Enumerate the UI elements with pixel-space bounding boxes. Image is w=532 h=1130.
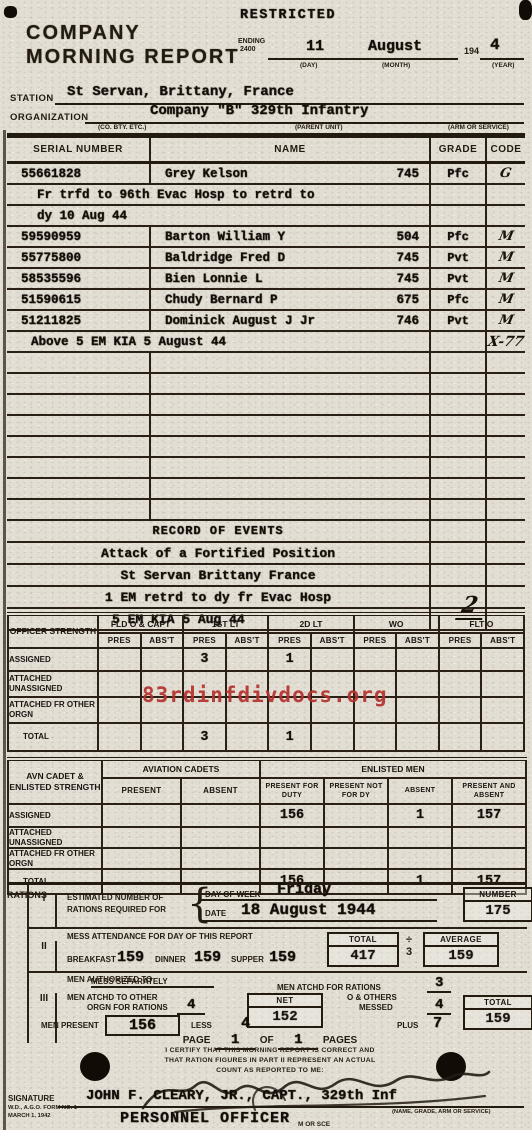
date-underline [201, 905, 437, 922]
station-label: STATION [10, 93, 54, 104]
rations-section-2: II MESS ATTENDANCE FOR DAY OF THIS REPOR… [27, 927, 527, 973]
grade-value: Pfc [447, 230, 469, 244]
roster-kia-row: Above 5 EM KIA 5 August 44 X-77 [7, 332, 525, 353]
number-label: NUMBER [465, 889, 531, 902]
soldier-name: Dominick August J Jr [165, 314, 315, 328]
soldier-name: Bien Lonnie L [165, 272, 263, 286]
signature-label: SIGNATURE [8, 1094, 55, 1103]
report-footer: PAGE 1 OF 1 PAGES I CERTIFY THAT THIS MO… [0, 1028, 532, 1130]
rations-section-1: I ESTIMATED NUMBER OF RATIONS REQUIRED F… [27, 885, 527, 927]
year-sublabel: (YEAR) [492, 62, 514, 69]
abst-subheader: ABS'T [141, 633, 184, 648]
station-value: St Servan, Brittany, France [67, 84, 294, 100]
grade-value: Pvt [447, 314, 469, 328]
roster-row: 51590615 Chudy Bernard P675 Pfc M [7, 290, 525, 311]
handwritten-code: M [497, 313, 515, 328]
handwritten-code: G [499, 166, 513, 181]
others-messed-label-2: MESSED [359, 1003, 393, 1012]
grade-value: Pvt [447, 251, 469, 265]
col-group-1st-lt: 1ST LT [183, 614, 268, 633]
roster-row: 59590959 Barton William Y504 Pfc M [7, 227, 525, 248]
cadet-present-header: PRESENT [102, 778, 181, 804]
dinner-label: DINNER [155, 955, 186, 964]
personnel-roster-table: SERIAL NUMBER NAME GRADE CODE 55661828 G… [7, 133, 525, 631]
handwritten-code: M [497, 229, 515, 244]
handwritten-code: M [497, 292, 515, 307]
rations-section: RATIONS I ESTIMATED NUMBER OF RATIONS RE… [7, 882, 525, 1041]
em-present-and-absent-header: PRESENT AND ABSENT [452, 778, 526, 804]
code-header: CODE [485, 138, 525, 161]
section-numeral-ii: II [33, 941, 57, 973]
soldier-name: Barton William Y [165, 230, 285, 244]
form-title-line1: COMPANY [26, 22, 141, 45]
section-numeral-i: I [33, 893, 57, 927]
enlisted-attached-other-row: ATTACHED FR OTHER ORGN [8, 848, 526, 869]
abst-subheader: ABS'T [396, 633, 439, 648]
event-row: St Servan Brittany France [7, 565, 525, 587]
mos-number: 745 [396, 167, 419, 181]
soldier-name: Chudy Bernard P [165, 293, 278, 307]
report-year: 4 [490, 36, 500, 54]
average-box: AVERAGE 159 [423, 932, 499, 967]
average-label: AVERAGE [425, 934, 497, 947]
handwritten-code: X-77 [486, 334, 525, 350]
roster-row: 51211825 Dominick August J Jr746 Pvt M [7, 311, 525, 332]
scan-artifact [519, 0, 532, 20]
roster-row: 55661828 Grey Kelson745 Pfc G [7, 164, 525, 185]
enlisted-attached-unassigned-row: ATTACHED UNASSIGNED [8, 827, 526, 848]
roster-empty-row [7, 458, 525, 479]
others-messed-value: 4 [427, 997, 451, 1015]
col-group-wo: WO [354, 614, 439, 633]
org-sublabel-3: (ARM OR SERVICE) [448, 124, 509, 131]
rations-total-box: TOTAL 159 [463, 995, 532, 1030]
mess-total-label: TOTAL [329, 934, 397, 947]
morning-report-scan: RESTRICTED COMPANY MORNING REPORT ENDING… [0, 0, 532, 1130]
net-value: 152 [249, 1008, 321, 1026]
supper-value: 159 [269, 949, 296, 966]
grade-value: Pvt [447, 272, 469, 286]
organization-label: ORGANIZATION [10, 112, 89, 123]
em-absent-header: ABSENT [388, 778, 452, 804]
record-of-events-header-row: RECORD OF EVENTS [7, 521, 525, 543]
men-atchd-rations-value: 3 [427, 975, 451, 993]
rations-vertical-label: RATIONS [7, 885, 27, 1041]
pres-subheader: PRES [439, 633, 482, 648]
officer-assigned-row: ASSIGNED 3 1 [8, 648, 524, 671]
em-present-not-for-dy-header: PRESENT NOT FOR DY [324, 778, 388, 804]
signer-title: PERSONNEL OFFICER [120, 1110, 290, 1127]
pres-subheader: PRES [268, 633, 311, 648]
ending-2400-label: 2400 [240, 46, 256, 53]
col-group-2d-lt: 2D LT [268, 614, 353, 633]
scan-edge-line [3, 130, 6, 1130]
enlisted-men-group: ENLISTED MEN [260, 759, 526, 778]
rations-total-value: 159 [465, 1010, 531, 1028]
average-value: 159 [425, 947, 497, 965]
roster-row: 58535596 Bien Lonnie L745 Pvt M [7, 269, 525, 290]
mess-total-value: 417 [329, 947, 397, 965]
event-row: 1 EM retrd to dy fr Evac Hosp [7, 587, 525, 609]
pres-subheader: PRES [183, 633, 226, 648]
day-sublabel: (DAY) [300, 62, 317, 69]
mess-total-box: TOTAL 417 [327, 932, 399, 967]
mos-number: 746 [396, 314, 419, 328]
signature-line: JOHN F. CLEARY, JR., CAPT., 329th Inf [58, 1084, 524, 1108]
abst-subheader: ABS'T [226, 633, 269, 648]
officer-strength-table: OFFICER STRENGTH FLD O & CAPT 1ST LT 2D … [7, 612, 525, 752]
net-box: NET 152 [247, 993, 323, 1028]
name-header: NAME [149, 138, 429, 161]
mos-number: 745 [396, 251, 419, 265]
roster-row: 55775800 Baldridge Fred D745 Pvt M [7, 248, 525, 269]
grade-header: GRADE [429, 138, 485, 161]
rations-total-label: TOTAL [465, 997, 531, 1010]
number-value: 175 [465, 902, 531, 920]
organization-field-line: Company "B" 329th Infantry [85, 101, 524, 124]
handwritten-code: M [497, 250, 515, 265]
grade-value: Pfc [447, 167, 469, 181]
roster-note-row: dy 10 Aug 44 [7, 206, 525, 227]
abst-subheader: ABS'T [481, 633, 524, 648]
grade-value: Pfc [447, 293, 469, 307]
col-group-flt-o: FLT O [439, 614, 524, 633]
roster-note-row: Fr trfd to 96th Evac Hosp to retrd to [7, 185, 525, 206]
cadet-absent-header: ABSENT [181, 778, 260, 804]
form-print: W.D., A.G.O. FORM NO. 1 MARCH 1, 1942 [8, 1104, 77, 1120]
signer-name: JOHN F. CLEARY, JR., CAPT., 329th Inf [86, 1088, 397, 1104]
breakfast-value: 159 [117, 949, 144, 966]
org-sublabel-1: (CO. BTY. ETC.) [98, 124, 146, 131]
enlisted-assigned-row: ASSIGNED 156 1 157 [8, 804, 526, 827]
roster-header-row: SERIAL NUMBER NAME GRADE CODE [7, 136, 525, 164]
pres-subheader: PRES [354, 633, 397, 648]
scan-artifact [4, 6, 17, 18]
mos-number: 675 [396, 293, 419, 307]
supper-label: SUPPER [231, 955, 264, 964]
signature-sublabel: (NAME, GRADE, ARM OR SERVICE) [392, 1108, 491, 1116]
soldier-name: Grey Kelson [165, 167, 248, 181]
mos-number: 504 [396, 230, 419, 244]
soldier-name: Baldridge Fred D [165, 251, 285, 265]
enlisted-strength-corner: AVN CADET & ENLISTED STRENGTH [8, 759, 102, 804]
report-month: August [368, 38, 422, 55]
others-messed-label-1: O & OTHERS [347, 993, 397, 1002]
roster-empty-row [7, 500, 525, 521]
organization-value: Company "B" 329th Infantry [150, 103, 368, 119]
handwritten-code: M [497, 271, 515, 286]
breakfast-label: BREAKFAST [67, 955, 116, 964]
report-day: 11 [306, 38, 324, 55]
mos-number: 745 [396, 272, 419, 286]
roster-empty-row [7, 416, 525, 437]
roster-empty-row [7, 395, 525, 416]
col-group-fldo-capt: FLD O & CAPT [98, 614, 183, 633]
atchd-other-orgn-label-1: MEN ATCHD TO OTHER [67, 993, 158, 1002]
atchd-other-orgn-value: 4 [177, 997, 205, 1015]
restricted-stamp: RESTRICTED [240, 8, 336, 23]
punch-hole-left [80, 1052, 110, 1081]
form-title-line2: MORNING REPORT [26, 46, 240, 69]
date-field-line: 11 August [268, 36, 458, 60]
net-label: NET [249, 995, 321, 1008]
roster-empty-row [7, 353, 525, 374]
rations-req-label-2: RATIONS REQUIRED FOR [67, 905, 166, 914]
month-sublabel: (MONTH) [382, 62, 410, 69]
event-row: Attack of a Fortified Position [7, 543, 525, 565]
pres-subheader: PRES [98, 633, 141, 648]
org-sublabel-2: (PARENT UNIT) [295, 124, 343, 131]
aviation-cadets-group: AVIATION CADETS [102, 759, 260, 778]
officer-strength-corner: OFFICER STRENGTH [8, 614, 98, 648]
dow-underline [201, 887, 437, 901]
atchd-other-orgn-label-2: ORGN FOR RATIONS [87, 1003, 168, 1012]
roster-empty-row [7, 437, 525, 458]
abst-subheader: ABS'T [311, 633, 354, 648]
roster-empty-row [7, 374, 525, 395]
rations-req-label-1: ESTIMATED NUMBER OF [67, 893, 163, 902]
record-of-events-title: RECORD OF EVENTS [7, 524, 429, 538]
men-atchd-rations-label: MEN ATCHD FOR RATIONS [277, 983, 381, 992]
year-printed: 194 [464, 46, 479, 56]
enlisted-strength-table: AVN CADET & ENLISTED STRENGTH AVIATION C… [7, 757, 527, 895]
website-watermark: 83rdinfdivdocs.org [142, 683, 388, 707]
em-present-for-duty-header: PRESENT FOR DUTY [260, 778, 324, 804]
number-box: NUMBER 175 [463, 887, 532, 922]
roster-empty-row [7, 479, 525, 500]
officer-total-row: TOTAL 3 1 [8, 723, 524, 751]
mess-attendance-title: MESS ATTENDANCE FOR DAY OF THIS REPORT [67, 932, 253, 941]
stamp-fragment: M OR SCE [298, 1120, 330, 1129]
ending-label: ENDING [238, 38, 265, 45]
dinner-value: 159 [194, 949, 221, 966]
divide-by-three: ÷ 3 [403, 935, 415, 958]
year-field-line: 4 [480, 36, 524, 60]
mess-separately-label-2: MESS SEPARATELY [91, 977, 214, 988]
serial-number-header: SERIAL NUMBER [7, 138, 149, 161]
